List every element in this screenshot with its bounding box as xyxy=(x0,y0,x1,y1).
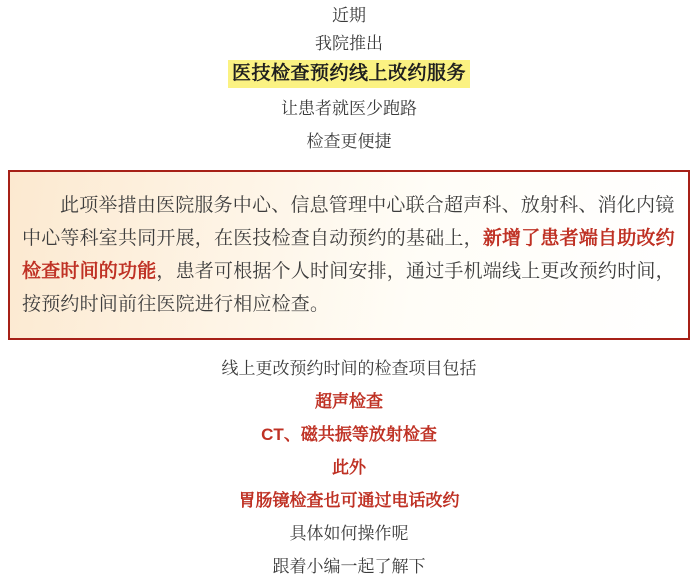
notice-box: 此项举措由医院服务中心、信息管理中心联合超声科、放射科、消化内镜中心等科室共同开… xyxy=(8,170,690,340)
item-ultrasound: 超声检查 xyxy=(0,385,698,418)
intro-line-more-convenient: 检查更便捷 xyxy=(0,125,698,158)
intro-line-hospital-launch: 我院推出 xyxy=(0,30,698,58)
intro-line-less-travel: 让患者就医少跑路 xyxy=(0,92,698,125)
items-heading: 线上更改预约时间的检查项目包括 xyxy=(0,352,698,385)
items-connector: 此外 xyxy=(0,451,698,484)
highlight-title-line: 医技检查预约线上改约服务 xyxy=(0,58,698,92)
article-body: 近期 我院推出 医技检查预约线上改约服务 让患者就医少跑路 检查更便捷 此项举措… xyxy=(0,0,698,583)
outro-follow: 跟着小编一起了解下 xyxy=(0,550,698,583)
item-radiology: CT、磁共振等放射检查 xyxy=(0,418,698,451)
outro-how: 具体如何操作呢 xyxy=(0,517,698,550)
highlight-title: 医技检查预约线上改约服务 xyxy=(228,60,470,88)
intro-line-recently: 近期 xyxy=(0,2,698,30)
items-section: 线上更改预约时间的检查项目包括 超声检查 CT、磁共振等放射检查 此外 胃肠镜检… xyxy=(0,352,698,583)
item-gastroscopy: 胃肠镜检查也可通过电话改约 xyxy=(0,484,698,517)
notice-paragraph: 此项举措由医院服务中心、信息管理中心联合超声科、放射科、消化内镜中心等科室共同开… xyxy=(22,189,676,321)
